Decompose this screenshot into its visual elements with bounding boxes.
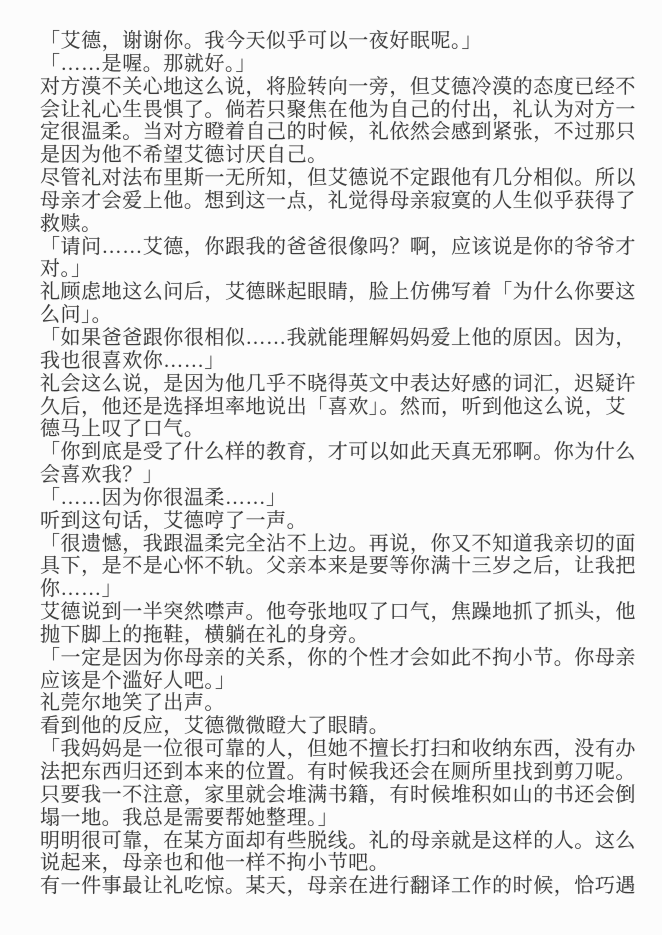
text-line: 听到这句话，艾德哼了一声。 — [40, 510, 637, 533]
text-line: 对方漠不关心地这么说，将脸转向一旁，但艾德冷漠的态度已经不 — [40, 76, 637, 99]
text-line: 说起来，母亲也和他一样不拘小节吧。 — [40, 852, 637, 875]
text-line: 具下，是不是心怀不轨。父亲本来是要等你满十三岁之后，让我把 — [40, 555, 637, 578]
text-line: 么问」。 — [40, 304, 637, 327]
text-line: 礼莞尔地笑了出声。 — [40, 692, 637, 715]
text-line: 对。」 — [40, 258, 637, 281]
text-line: 久后，他还是选择坦率地说出「喜欢」。然而，听到他这么说，艾 — [40, 396, 637, 419]
text-line: 「请问……艾德，你跟我的爸爸很像吗？啊，应该说是你的爷爷才 — [40, 236, 637, 259]
text-line: 应该是个滥好人吧。」 — [40, 670, 637, 693]
text-line: 会让礼心生畏惧了。倘若只聚焦在他为自己的付出，礼认为对方一 — [40, 99, 637, 122]
text-line: 看到他的反应，艾德微微瞪大了眼睛。 — [40, 715, 637, 738]
text-line: 「我妈妈是一位很可靠的人，但她不擅长打扫和收纳东西，没有办 — [40, 738, 637, 761]
text-line: 礼会这么说，是因为他几乎不晓得英文中表达好感的词汇，迟疑许 — [40, 373, 637, 396]
text-line: 「你到底是受了什么样的教育，才可以如此天真无邪啊。你为什么 — [40, 441, 637, 464]
text-line: 母亲才会爱上他。想到这一点，礼觉得母亲寂寞的人生似乎获得了 — [40, 190, 637, 213]
text-line: 塌一地。我总是需要帮她整理。」 — [40, 807, 637, 830]
text-line: 「如果爸爸跟你很相似……我就能理解妈妈爱上他的原因。因为， — [40, 327, 637, 350]
text-line: 明明很可靠，在某方面却有些脱线。礼的母亲就是这样的人。这么 — [40, 830, 637, 853]
text-line: 救赎。 — [40, 213, 637, 236]
text-line: 「艾德，谢谢你。我今天似乎可以一夜好眠呢。」 — [40, 30, 637, 53]
text-line: 有一件事最让礼吃惊。某天，母亲在进行翻译工作的时候，恰巧遇 — [40, 875, 637, 898]
text-line: 「……因为你很温柔……」 — [40, 487, 637, 510]
text-line: 法把东西归还到本来的位置。有时候我还会在厕所里找到剪刀呢。 — [40, 761, 637, 784]
text-line: 只要我一不注意，家里就会堆满书籍，有时候堆积如山的书还会倒 — [40, 784, 637, 807]
text-line: 尽管礼对法布里斯一无所知，但艾德说不定跟他有几分相似。所以 — [40, 167, 637, 190]
document-page: 「艾德，谢谢你。我今天似乎可以一夜好眠呢。」「……是喔。那就好。」对方漠不关心地… — [0, 0, 662, 935]
text-line: 我也很喜欢你……」 — [40, 350, 637, 373]
text-line: 德马上叹了口气。 — [40, 418, 637, 441]
text-line: 会喜欢我？」 — [40, 464, 637, 487]
text-line: 定很温柔。当对方瞪着自己的时候，礼依然会感到紧张，不过那只 — [40, 121, 637, 144]
text-line: 礼顾虑地这么问后，艾德眯起眼睛，脸上仿佛写着「为什么你要这 — [40, 281, 637, 304]
novel-text-block: 「艾德，谢谢你。我今天似乎可以一夜好眠呢。」「……是喔。那就好。」对方漠不关心地… — [40, 30, 637, 898]
text-line: 抛下脚上的拖鞋，横躺在礼的身旁。 — [40, 624, 637, 647]
text-line: 是因为他不希望艾德讨厌自己。 — [40, 144, 637, 167]
text-line: 「一定是因为你母亲的关系，你的个性才会如此不拘小节。你母亲 — [40, 647, 637, 670]
text-line: 艾德说到一半突然噤声。他夸张地叹了口气，焦躁地抓了抓头，他 — [40, 601, 637, 624]
text-line: 「很遗憾，我跟温柔完全沾不上边。再说，你又不知道我亲切的面 — [40, 533, 637, 556]
text-line: 「……是喔。那就好。」 — [40, 53, 637, 76]
text-line: 你……」 — [40, 578, 637, 601]
